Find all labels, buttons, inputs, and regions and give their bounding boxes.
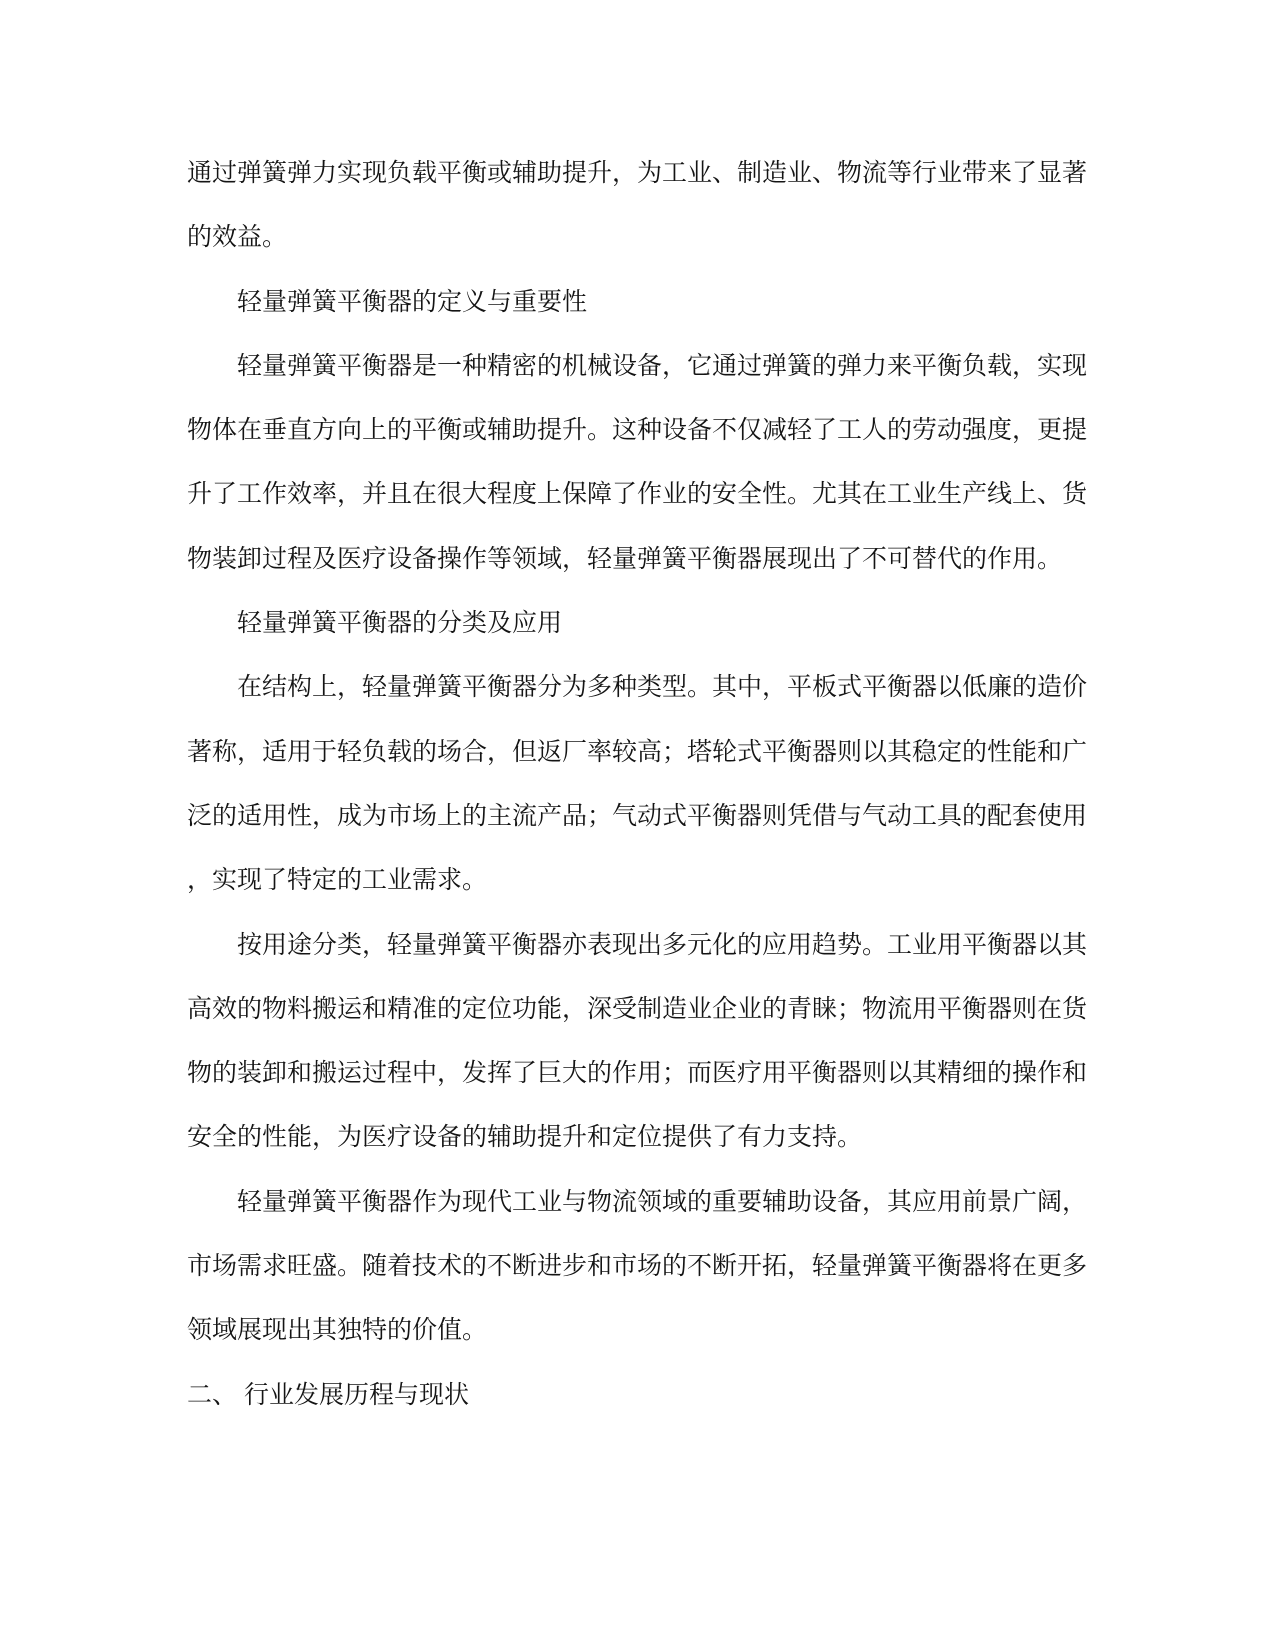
text-line-07: 物装卸过程及医疗设备操作等领域，轻量弹簧平衡器展现出了不可替代的作用。 xyxy=(187,527,1090,591)
text-line-06: 升了工作效率，并且在很大程度上保障了作业的安全性。尤其在工业生产线上、货 xyxy=(187,462,1090,526)
text-line-15: 物的装卸和搬运过程中，发挥了巨大的作用；而医疗用平衡器则以其精细的操作和 xyxy=(187,1041,1090,1105)
text-line-09: 在结构上，轻量弹簧平衡器分为多种类型。其中，平板式平衡器以低廉的造价 xyxy=(187,655,1090,719)
text-line-10: 著称，适用于轻负载的场合，但返厂率较高；塔轮式平衡器则以其稳定的性能和广 xyxy=(187,720,1090,784)
text-line-04: 轻量弹簧平衡器是一种精密的机械设备，它通过弹簧的弹力来平衡负载，实现 xyxy=(187,334,1090,398)
text-line-08: 轻量弹簧平衡器的分类及应用 xyxy=(187,591,1090,655)
text-line-03: 轻量弹簧平衡器的定义与重要性 xyxy=(187,270,1090,334)
text-line-18: 市场需求旺盛。随着技术的不断进步和市场的不断开拓，轻量弹簧平衡器将在更多 xyxy=(187,1234,1090,1298)
text-line-17: 轻量弹簧平衡器作为现代工业与物流领域的重要辅助设备，其应用前景广阔， xyxy=(187,1170,1090,1234)
text-line-11: 泛的适用性，成为市场上的主流产品；气动式平衡器则凭借与气动工具的配套使用 xyxy=(187,784,1090,848)
text-line-01: 通过弹簧弹力实现负载平衡或辅助提升，为工业、制造业、物流等行业带来了显著 xyxy=(187,141,1090,205)
document-body: 通过弹簧弹力实现负载平衡或辅助提升，为工业、制造业、物流等行业带来了显著 的效益… xyxy=(187,141,1090,1427)
text-line-13: 按用途分类，轻量弹簧平衡器亦表现出多元化的应用趋势。工业用平衡器以其 xyxy=(187,913,1090,977)
text-line-14: 高效的物料搬运和精准的定位功能，深受制造业企业的青睐；物流用平衡器则在货 xyxy=(187,977,1090,1041)
text-line-02: 的效益。 xyxy=(187,205,1090,269)
text-line-16: 安全的性能，为医疗设备的辅助提升和定位提供了有力支持。 xyxy=(187,1105,1090,1169)
section-heading-2: 二、 行业发展历程与现状 xyxy=(187,1363,1090,1427)
text-line-12: ，实现了特定的工业需求。 xyxy=(187,848,1090,912)
text-line-19: 领域展现出其独特的价值。 xyxy=(187,1298,1090,1362)
text-line-05: 物体在垂直方向上的平衡或辅助提升。这种设备不仅减轻了工人的劳动强度，更提 xyxy=(187,398,1090,462)
document-page: 通过弹簧弹力实现负载平衡或辅助提升，为工业、制造业、物流等行业带来了显著 的效益… xyxy=(0,0,1275,1650)
